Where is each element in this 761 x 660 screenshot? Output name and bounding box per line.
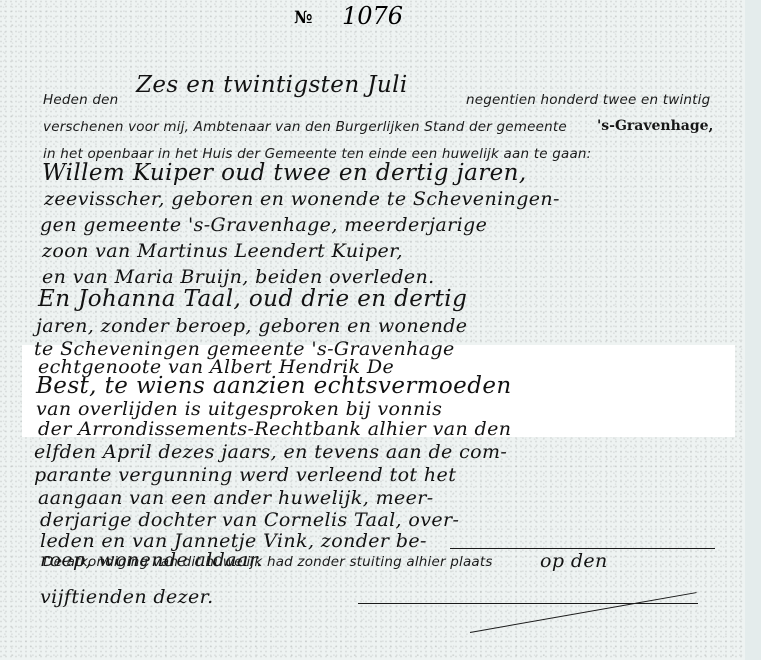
handwritten-date: Zes en twintigsten Juli — [136, 72, 408, 98]
handwritten-line: aangaan van een ander huwelijk, meer- — [38, 487, 434, 509]
printed-text-heden-den: Heden den — [43, 92, 118, 108]
handwritten-line-highlighted: Best, te wiens aanzien echtsvermoeden — [36, 373, 512, 399]
printed-text-year: negentien honderd twee en twintig — [466, 92, 710, 108]
handwritten-line: en van Maria Bruijn, beiden overleden. — [42, 266, 435, 288]
fill-line — [450, 548, 715, 549]
fill-line — [358, 603, 698, 604]
handwritten-line-highlighted: van overlijden is uitgesproken bij vonni… — [36, 398, 442, 420]
printed-text-verschenen: verschenen voor mij, Ambtenaar van den B… — [43, 119, 567, 135]
handwritten-line: gen gemeente 's-Gravenhage, meerderjarig… — [40, 214, 487, 236]
handwritten-line-bride: En Johanna Taal, oud drie en dertig — [38, 286, 467, 312]
handwritten-line: elfden April dezes jaars, en tevens aan … — [34, 441, 507, 463]
handwritten-op-den: op den — [540, 550, 608, 572]
handwritten-line: parante vergunning werd verleend tot het — [34, 464, 456, 486]
printed-text-afkondiging: De afkondiging van dit huwelijk had zond… — [43, 554, 493, 570]
handwritten-date-proclamation: vijftienden dezer. — [40, 586, 214, 608]
handwritten-line: derjarige dochter van Cornelis Taal, ove… — [40, 509, 459, 531]
handwritten-line: jaren, zonder beroep, geboren en wonende — [36, 315, 467, 337]
municipality-name: 's-Gravenhage, — [597, 118, 713, 134]
record-number-label: № — [294, 8, 312, 28]
handwritten-line: zeevisscher, geboren en wonende te Schev… — [44, 188, 560, 210]
handwritten-line-highlighted: der Arrondissements-Rechtbank alhier van… — [38, 418, 511, 440]
record-number-value: 1076 — [342, 2, 403, 30]
scan-edge-strip — [745, 0, 761, 660]
handwritten-line-groom: Willem Kuiper oud twee en dertig jaren, — [42, 160, 527, 186]
handwritten-line: zoon van Martinus Leendert Kuiper, — [42, 240, 403, 262]
